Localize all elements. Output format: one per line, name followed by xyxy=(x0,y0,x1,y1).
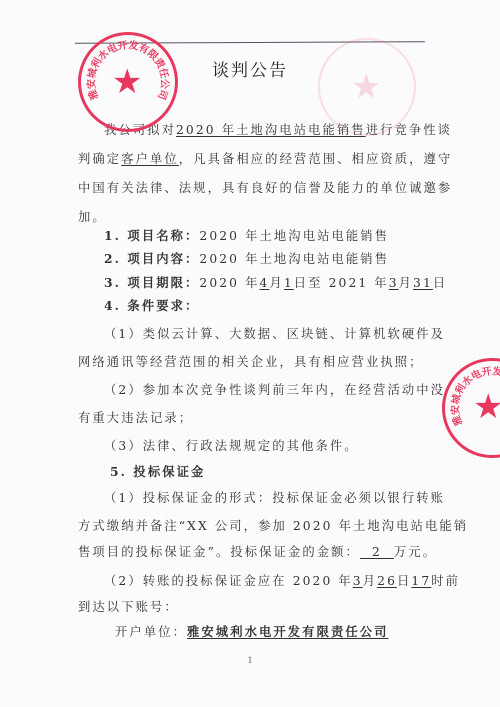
condition-1-line-1: （1）类似云计算、大数据、区块链、计算机软硬件及 xyxy=(104,324,445,342)
item-conditions-heading: 4. 条件要求： xyxy=(104,296,199,314)
intro-line-4: 加。 xyxy=(78,207,107,225)
condition-2-line-1: （2）参加本次竞争性谈判前三年内，在经营活动中没 xyxy=(104,380,445,398)
document-page: ★ 谈判公告 我公司拟对2020 年土地沟电站电能销售进行竞争性谈 判确定客户单… xyxy=(0,0,500,707)
deposit-deadline-line-2: 到达以下账号： xyxy=(78,597,179,615)
deposit-deadline-line-1: （2）转账的投标保证金应在 2020 年3月26日17时前 xyxy=(104,571,460,589)
company-seal-stamp: ★ 雅安城利水电开发有限责任公司 xyxy=(78,32,178,132)
seal-ring-text: 雅安城利水电开发有限责任公司 xyxy=(445,361,500,455)
condition-2-line-2: 有重大违法记录； xyxy=(78,408,193,426)
condition-1-line-2: 网络通讯等经营范围的相关企业，具有相应营业执照； xyxy=(78,352,424,370)
deposit-form-line-3: 售项目的投标保证金”。投标保证金的金额： 2 万元。 xyxy=(78,542,437,560)
account-line: 开户单位：雅安城利水电开发有限责任公司 xyxy=(115,622,389,640)
item-project-name: 1. 项目名称：2020 年土地沟电站电能销售 xyxy=(104,226,389,244)
seal-ring-text: 雅安城利水电开发有限责任公司 xyxy=(81,35,175,129)
condition-3-line-1: （3）法律、行政法规规定的其他条件。 xyxy=(104,436,359,454)
edge-seal-stamp: ★ 雅安城利水电开发有限责任公司 xyxy=(442,358,500,458)
deposit-form-line-1: （1）投标保证金的形式：投标保证金必须以银行转账 xyxy=(104,488,445,506)
deposit-heading: 5. 投标保证金 xyxy=(110,462,205,480)
deposit-form-line-2: 方式缴纳并备注“XX 公司，参加 2020 年土地沟电站电能销 xyxy=(78,516,468,534)
item-project-period: 3. 项目期限：2020 年4月1日至 2021 年3月31日 xyxy=(104,273,447,291)
intro-line-2: 判确定客户单位，凡具备相应的经营范围、相应资质，遵守 xyxy=(78,149,452,167)
page-number: 1 xyxy=(0,656,500,665)
page-title: 谈判公告 xyxy=(0,56,500,81)
intro-line-3: 中国有关法律、法规，具有良好的信誉及能力的单位诚邀参 xyxy=(78,178,452,196)
item-project-content: 2. 项目内容：2020 年土地沟电站电能销售 xyxy=(104,249,389,267)
